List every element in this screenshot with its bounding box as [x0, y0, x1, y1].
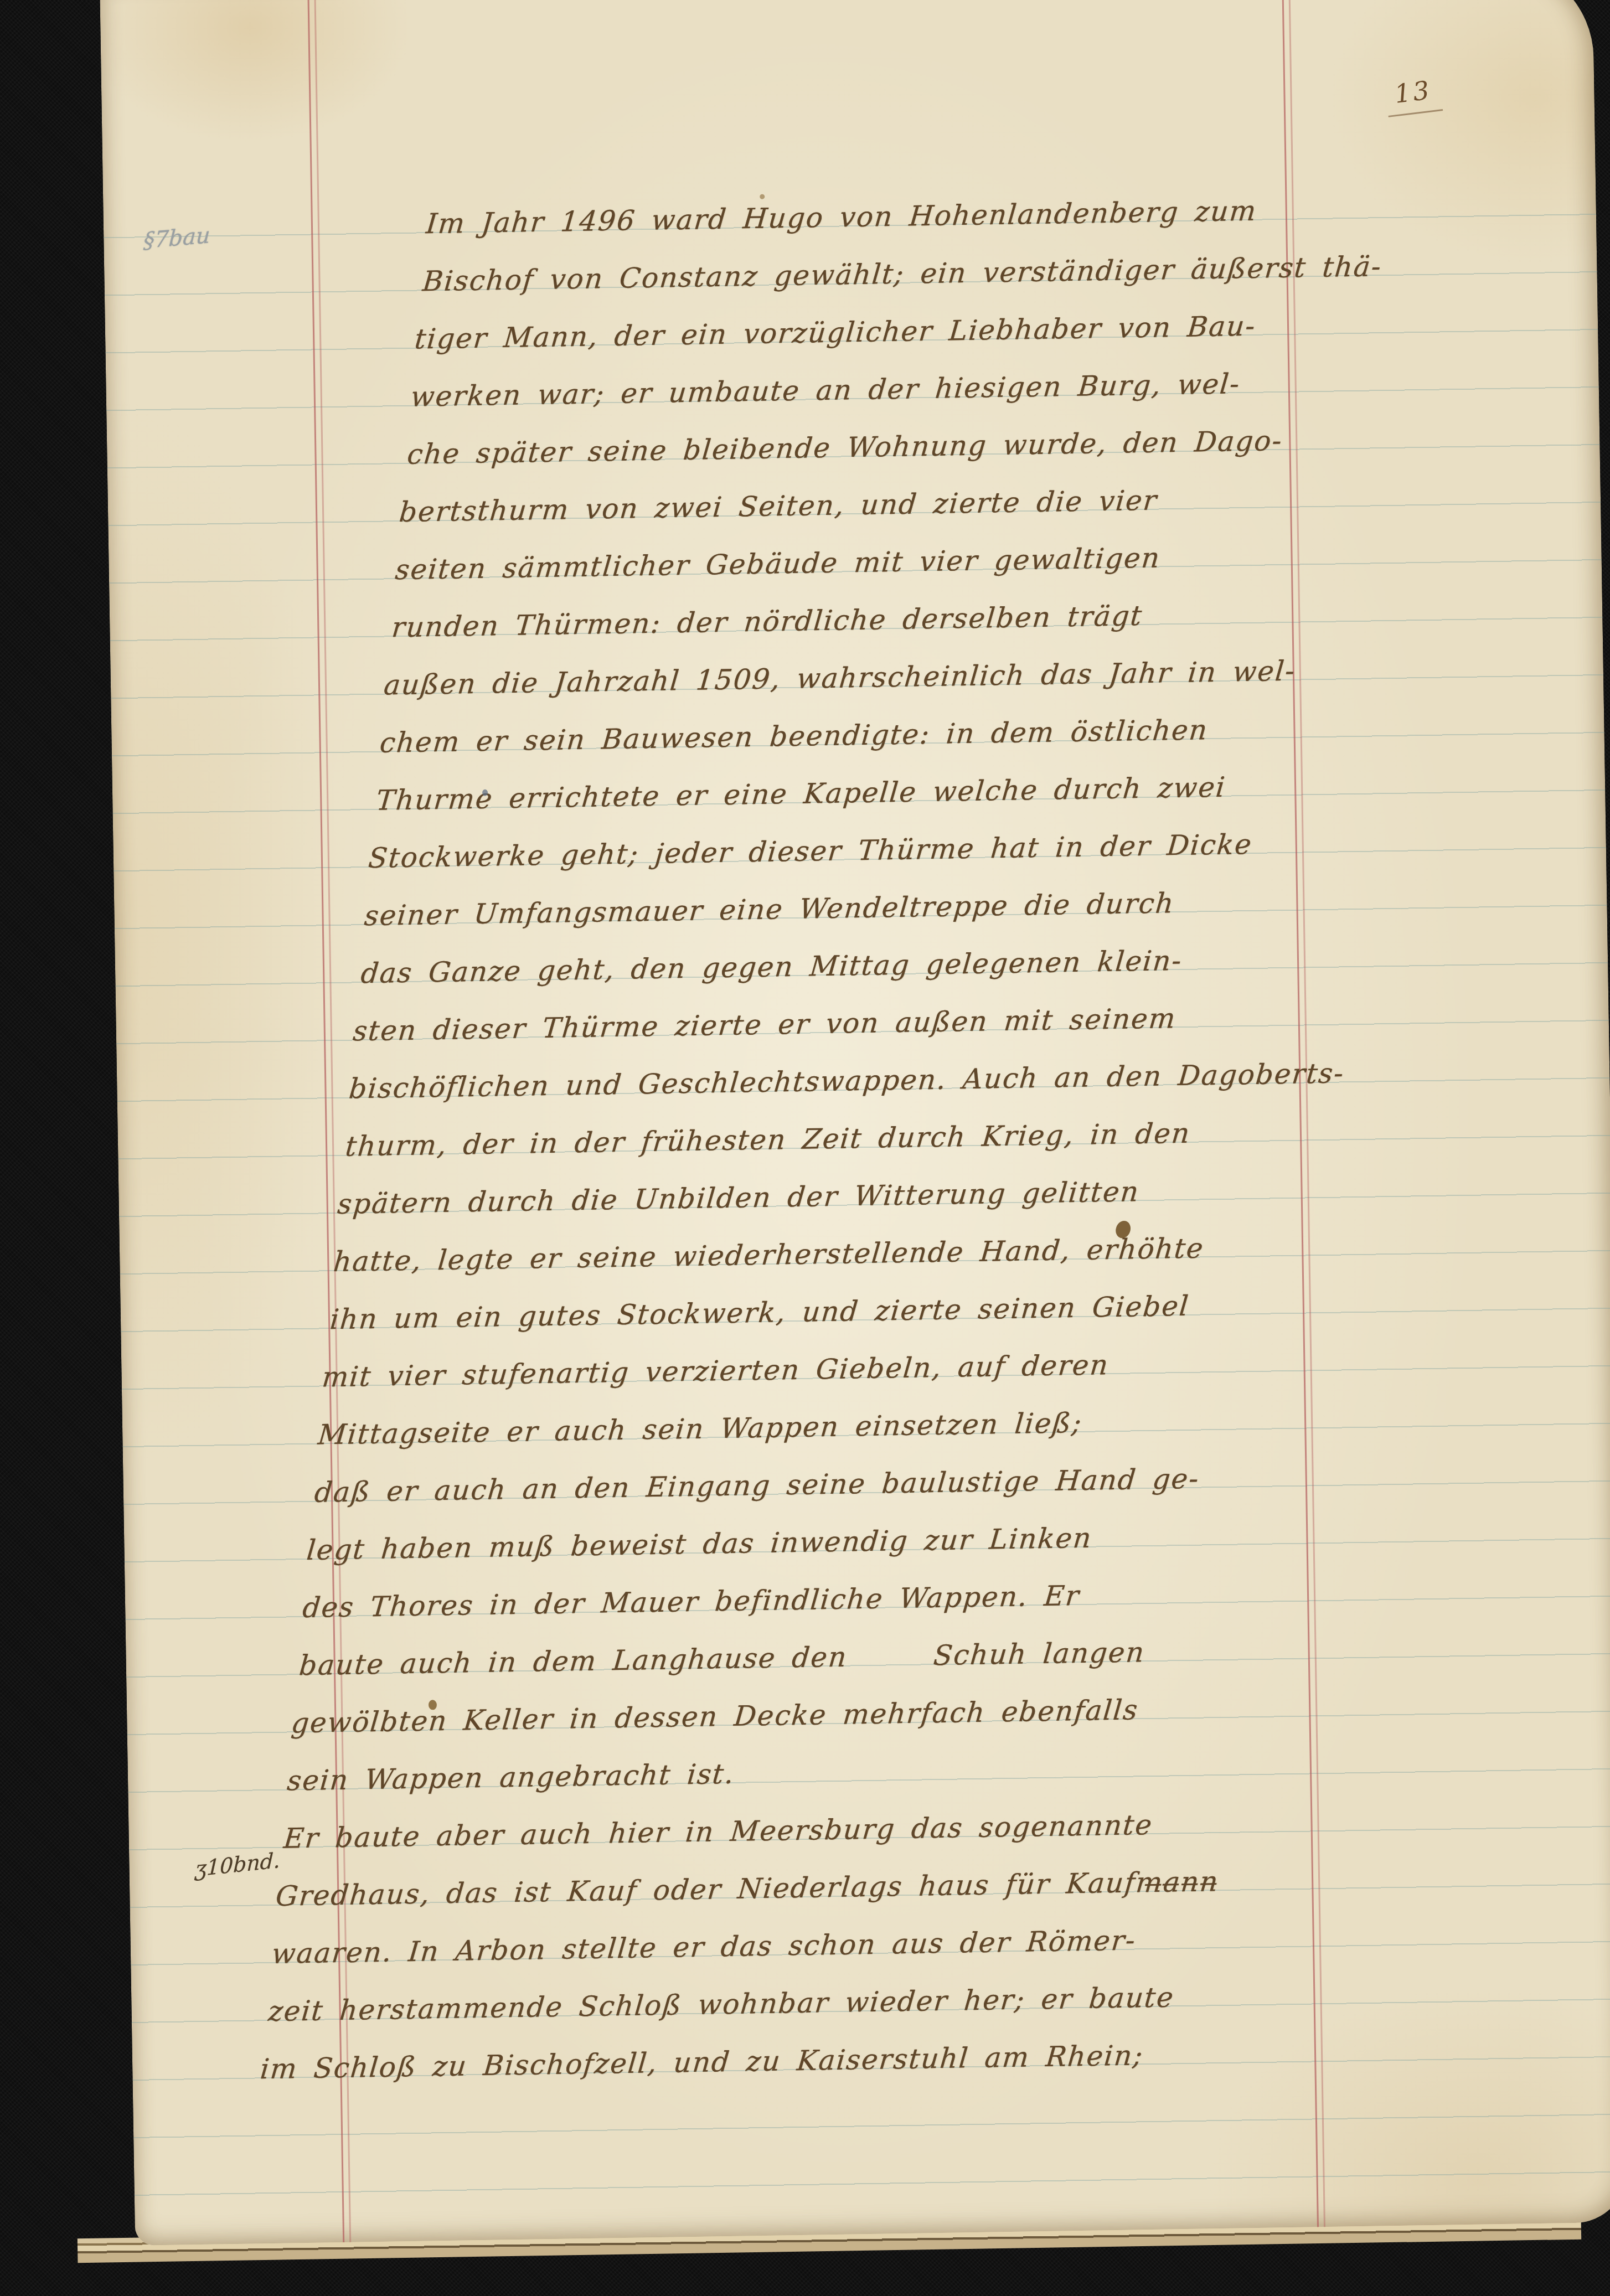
paper-speck: [760, 194, 765, 199]
book-page-edges-left: [0, 0, 123, 2296]
manuscript-page: 13 §7bau ʒ10bnd. Im Jahr 1496 ward Hugo …: [100, 0, 1610, 2246]
paper-speck: [482, 790, 488, 796]
paper-speck: [429, 1700, 437, 1710]
page-number: 13: [1384, 74, 1443, 117]
manuscript-text-block: Im Jahr 1496 ward Hugo von Hohenlandenbe…: [259, 179, 1420, 2098]
